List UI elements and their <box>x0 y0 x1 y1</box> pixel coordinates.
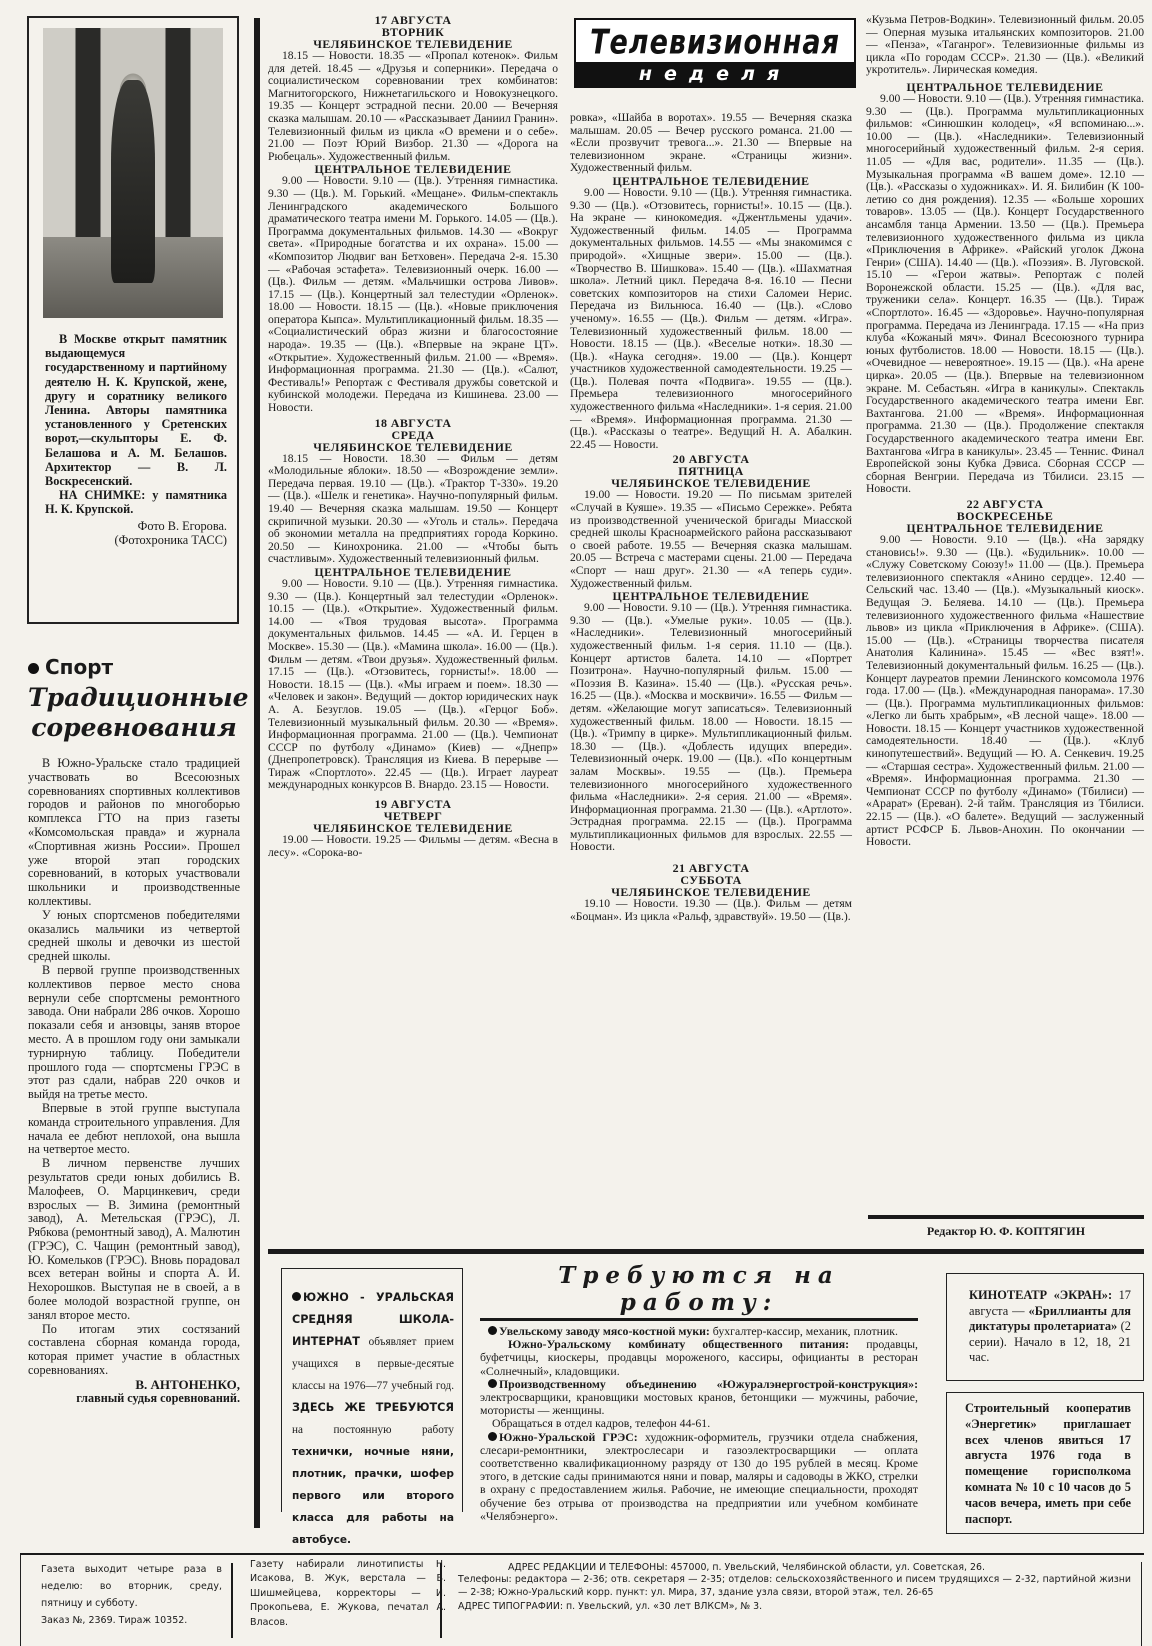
job-item: Южно-Уральскому комбинату общественного … <box>480 1338 918 1378</box>
column-divider <box>254 18 260 1528</box>
school-ad-text: ЮЖНО - УРАЛЬСКАЯ СРЕДНЯЯ ШКОЛА-ИНТЕРНАТ … <box>292 1287 454 1551</box>
article-headline: Традиционные соревнования <box>28 683 240 743</box>
article-body: В Южно-Уральске стало традицией участвов… <box>28 757 240 1405</box>
schedule-text: 9.00 — Новости. 9.10 — (Цв.). Утренняя г… <box>268 175 558 414</box>
schedule-text: 18.15 — Новости. 18.35 — «Пропал котенок… <box>268 50 558 163</box>
typesetters-credit: Газету набирали линотиписты Н. Исакова, … <box>250 1558 446 1630</box>
schedule-text: «Кузьма Петров-Водкин». Телевизионный фи… <box>866 14 1144 77</box>
coop-ad-box: Строительный кооператив «Энергетик» приг… <box>946 1392 1144 1534</box>
schedule-text: 19.10 — Новости. 19.30 — (Цв.). Фильм — … <box>570 898 852 923</box>
schedule-text: 9.00 — Новости. 9.10 — (Цв.). Утренняя г… <box>570 187 852 451</box>
printing-address: АДРЕС ТИПОГРАФИИ: п. Увельский, ул. «30 … <box>458 1601 1131 1613</box>
schedule-text: ровка», «Шайба в воротах». 19.55 — Вечер… <box>570 112 852 175</box>
sport-rubric: Спорт <box>28 655 240 679</box>
photo-block: В Москве открыт памятник выдающемуся гос… <box>27 16 239 624</box>
cinema-ad-box: КИНОТЕАТР «ЭКРАН»: 17 августа — «Бриллиа… <box>946 1273 1144 1381</box>
section-divider <box>268 1249 1144 1254</box>
schedule-text: 9.00 — Новости. 9.10 — (Цв.). Утренняя г… <box>866 93 1144 496</box>
footer-divider <box>231 1563 233 1638</box>
editor-credit: Редактор Ю. Ф. КОПТЯГИН <box>868 1224 1144 1239</box>
jobs-heading-rule <box>480 1318 918 1321</box>
author-title: главный судья соревнований. <box>28 1392 240 1406</box>
jobs-heading: Требуются на работу: <box>480 1262 918 1316</box>
caption-on-photo: НА СНИМКЕ: у памятника Н. К. Крупской. <box>45 488 227 516</box>
jobs-list: Увельскому заводу мясо-костной муки: бух… <box>480 1325 918 1523</box>
krupskaya-monument-photo <box>43 28 223 318</box>
weekday-18: СРЕДА <box>268 429 558 441</box>
schedule-text: 9.00 — Новости. 9.10 — (Цв.). Утренняя г… <box>570 602 852 854</box>
bullet-icon <box>488 1432 497 1441</box>
schedule-text: 19.00 — Новости. 19.20 — По письмам зрит… <box>570 489 852 590</box>
tv-column-2: 17 АВГУСТА ВТОРНИК ЧЕЛЯБИНСКОЕ ТЕЛЕВИДЕН… <box>268 14 558 859</box>
job-item: Производственному объединению «Южуралэне… <box>480 1378 918 1418</box>
editorial-address: АДРЕС РЕДАКЦИИ И ТЕЛЕФОНЫ: 457000, п. Ув… <box>458 1562 1131 1614</box>
footer-box-left: Газета выходит четыре раза в неделю: во … <box>20 1555 230 1646</box>
photo-credit: Фото В. Егорова. <box>45 519 227 533</box>
bullet-icon <box>488 1326 497 1335</box>
editor-rule-top <box>868 1215 1144 1219</box>
sport-article: Спорт Традиционные соревнования В Южно-У… <box>28 655 240 1405</box>
logo-title: Телевизионная <box>576 15 854 68</box>
footer-divider <box>440 1563 442 1638</box>
photo-agency: (Фотохроника ТАСС) <box>45 533 227 547</box>
schedule-text: 18.15 — Новости. 18.30 — Фильм — детям «… <box>268 453 558 566</box>
jobs-section: Требуются на работу: Увельскому заводу м… <box>480 1262 918 1523</box>
tv-week-logo: Телевизионная неделя <box>574 18 856 88</box>
footer-box-middle: Газету набирали линотиписты Н. Исакова, … <box>240 1558 452 1630</box>
bullet-icon <box>28 663 39 674</box>
bullet-icon <box>488 1379 497 1388</box>
tv-column-4: «Кузьма Петров-Водкин». Телевизионный фи… <box>866 14 1144 849</box>
job-item: Южно-Уральской ГРЭС: художник-оформитель… <box>480 1431 918 1523</box>
cinema-ad-text: КИНОТЕАТР «ЭКРАН»: 17 августа — «Бриллиа… <box>969 1288 1131 1366</box>
schedule-text: 9.00 — Новости. 9.10 — (Цв.). «На зарядк… <box>866 534 1144 849</box>
school-ad-box: ЮЖНО - УРАЛЬСКАЯ СРЕДНЯЯ ШКОЛА-ИНТЕРНАТ … <box>281 1268 463 1512</box>
day-header-18: 18 АВГУСТА <box>268 417 558 429</box>
publication-schedule: Газета выходит четыре раза в неделю: во … <box>41 1561 222 1629</box>
statue-figure <box>111 80 154 283</box>
bullet-icon <box>292 1292 301 1301</box>
tv-column-3: ровка», «Шайба в воротах». 19.55 — Вечер… <box>570 112 852 923</box>
order-circulation: Заказ №, 2369. Тираж 10352. <box>41 1612 222 1629</box>
author-name: В. АНТОНЕНКО, <box>28 1378 240 1392</box>
caption-text: В Москве открыт памятник выдающемуся гос… <box>45 332 227 488</box>
photo-caption: В Москве открыт памятник выдающемуся гос… <box>45 332 227 547</box>
footer-box-right: АДРЕС РЕДАКЦИИ И ТЕЛЕФОНЫ: 457000, п. Ув… <box>448 1562 1142 1646</box>
schedule-text: 9.00 — Новости. 9.10 — (Цв.). Утренняя г… <box>268 578 558 792</box>
channel-chelyabinsk: ЧЕЛЯБИНСКОЕ ТЕЛЕВИДЕНИЕ <box>268 441 558 453</box>
schedule-text: 19.00 — Новости. 19.25 — Фильмы — детям.… <box>268 834 558 859</box>
coop-ad-text: Строительный кооператив «Энергетик» приг… <box>965 1401 1131 1527</box>
